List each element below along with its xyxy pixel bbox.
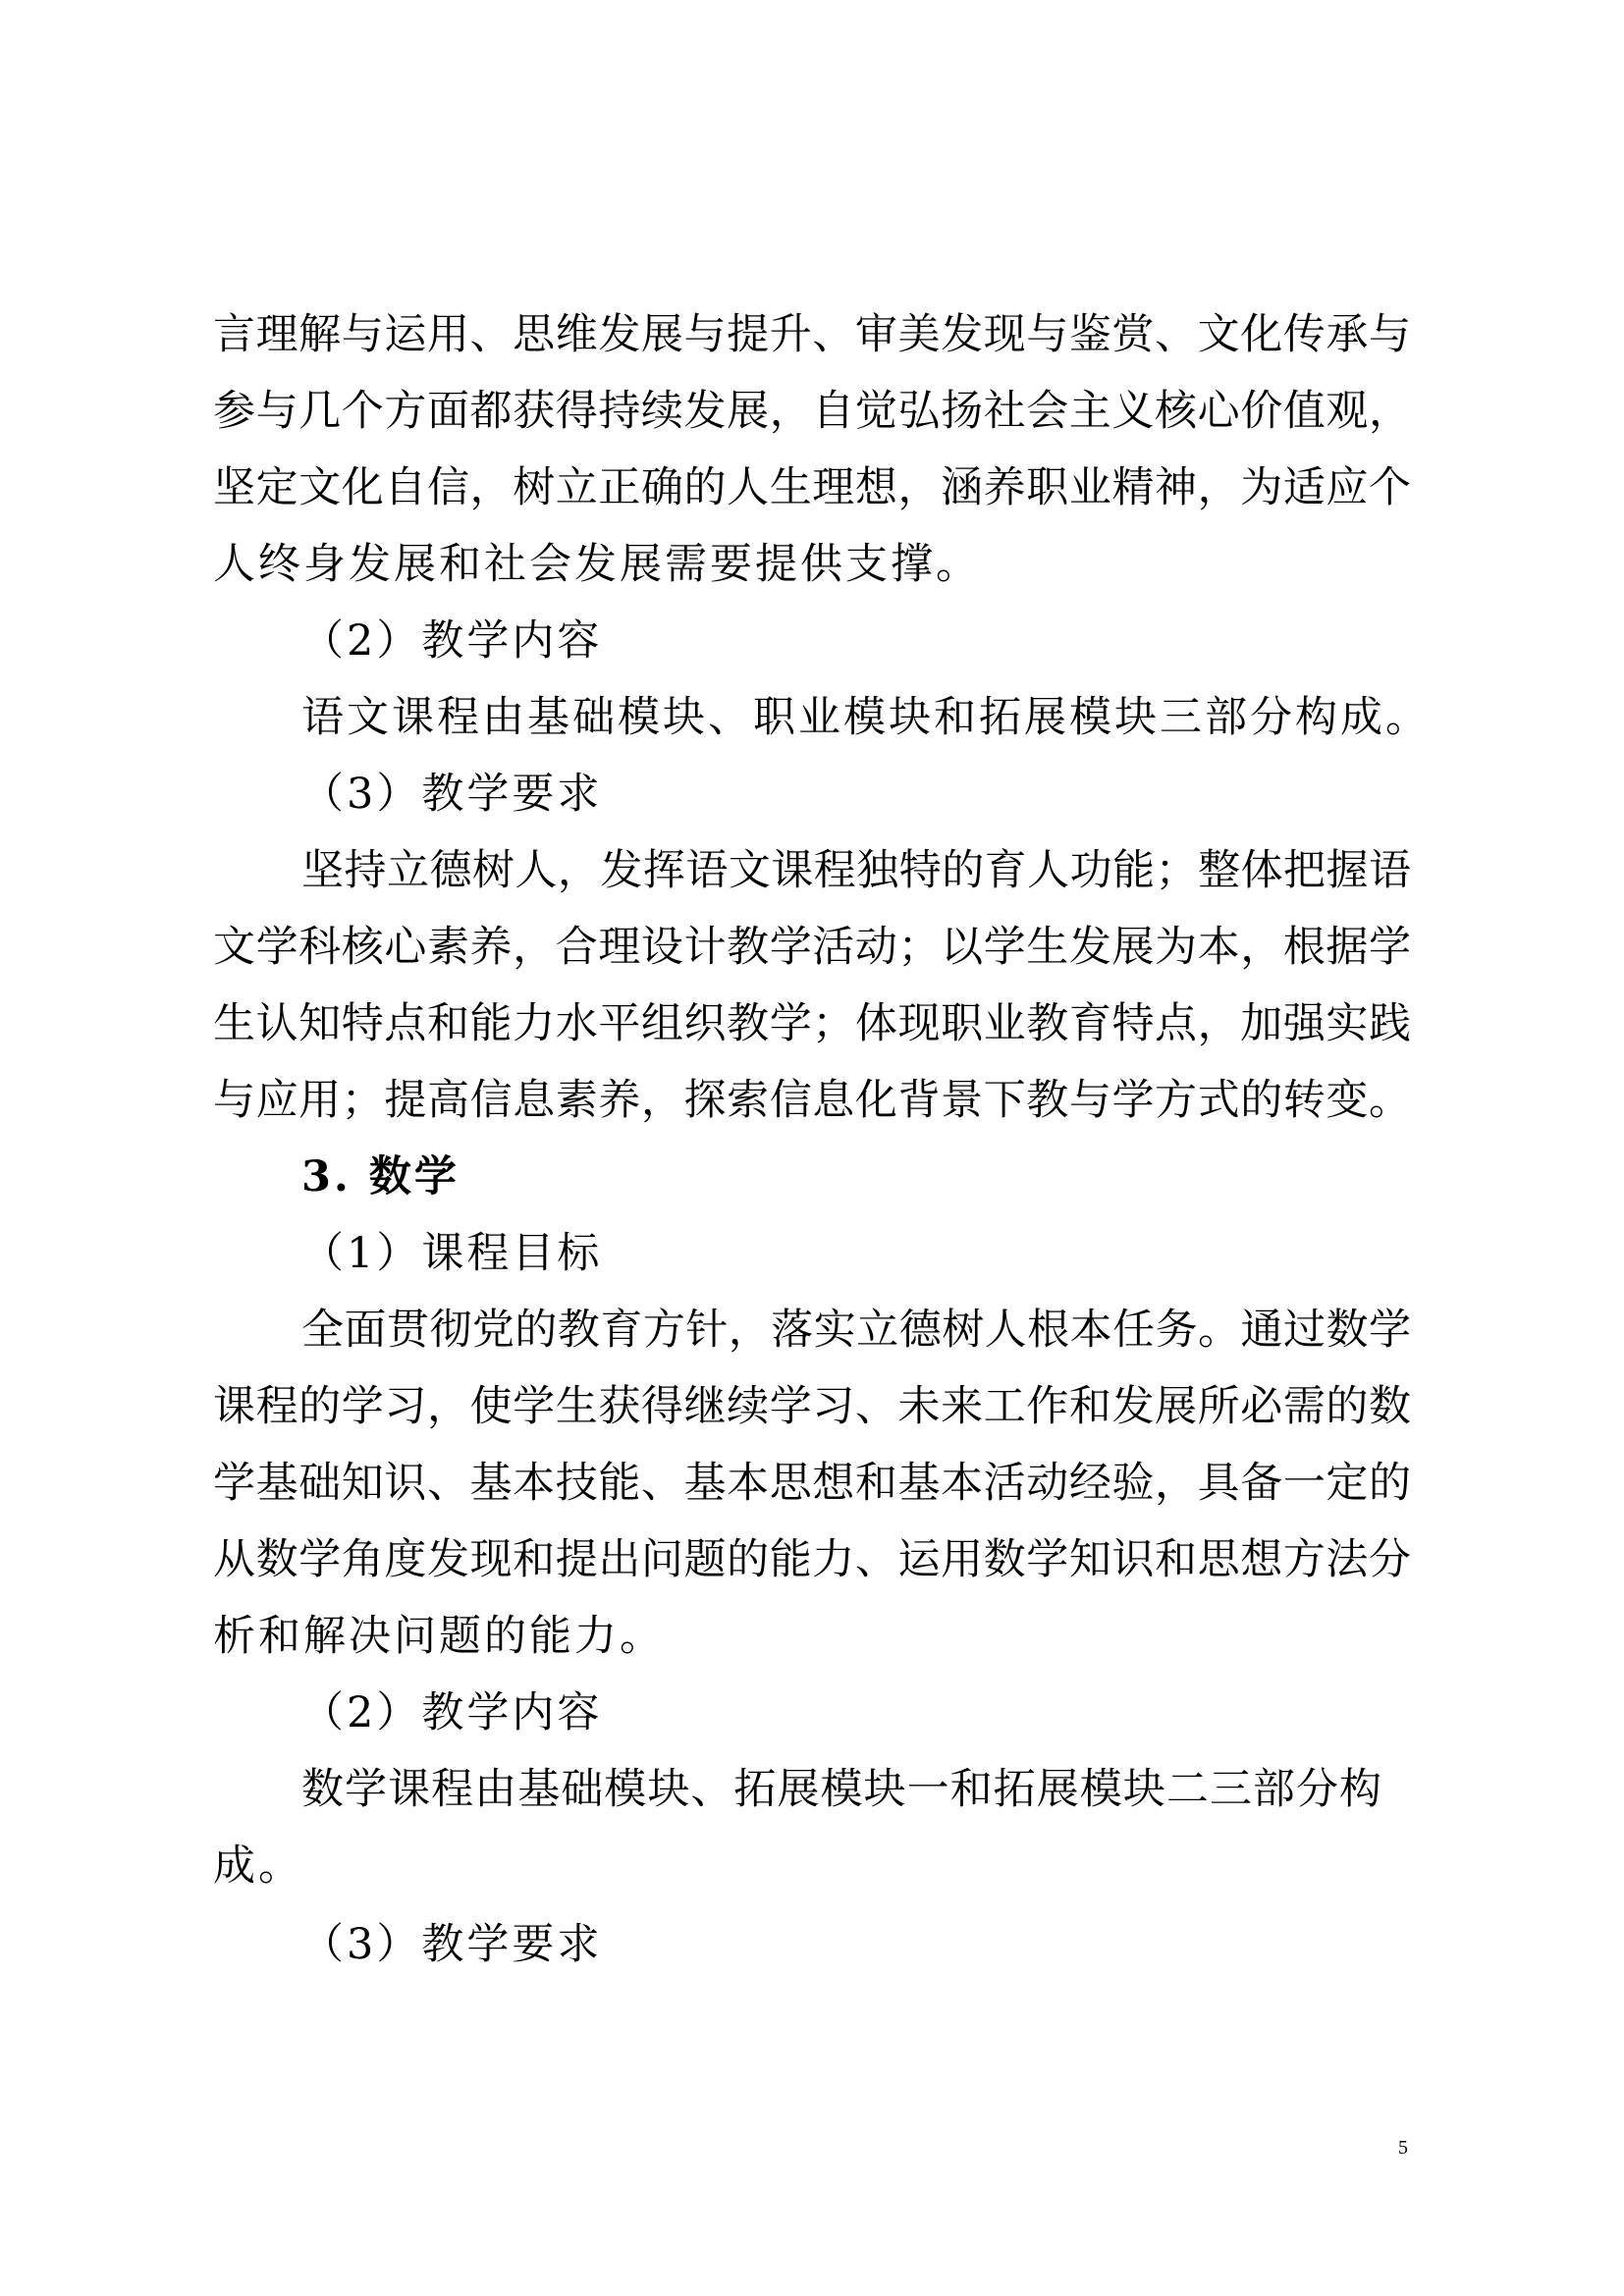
text-column: 言理解与运用、思维发展与提升、审美发现与鉴赏、文化传承与 参与几个方面都获得持续… bbox=[213, 296, 1411, 1983]
paragraph-line: 学基础知识、基本技能、基本思想和基本活动经验，具备一定的 bbox=[213, 1445, 1411, 1522]
paragraph-line: 坚定文化自信，树立正确的人生理想，涵养职业精神，为适应个 bbox=[213, 450, 1411, 526]
subheading-teaching-requirements: （3）教学要求 bbox=[213, 1906, 1411, 1983]
paragraph-line: 课程的学习，使学生获得继续学习、未来工作和发展所必需的数 bbox=[213, 1368, 1411, 1445]
paragraph-line: 从数学角度发现和提出问题的能力、运用数学知识和思想方法分 bbox=[213, 1522, 1411, 1598]
subheading-teaching-requirements: （3）教学要求 bbox=[213, 756, 1411, 832]
paragraph-line: 文学科核心素养，合理设计教学活动；以学生发展为本，根据学 bbox=[213, 909, 1411, 986]
paragraph-line: 参与几个方面都获得持续发展，自觉弘扬社会主义核心价值观， bbox=[213, 373, 1411, 450]
paragraph-line: 数学课程由基础模块、拓展模块一和拓展模块二三部分构 bbox=[213, 1751, 1381, 1828]
section-heading-math: 3. 数学 bbox=[213, 1139, 1411, 1215]
subheading-course-objectives: （1）课程目标 bbox=[213, 1215, 1411, 1292]
subheading-teaching-content: （2）教学内容 bbox=[213, 603, 1411, 679]
paragraph-line: 生认知特点和能力水平组织教学；体现职业教育特点，加强实践 bbox=[213, 986, 1411, 1062]
subheading-teaching-content: （2）教学内容 bbox=[213, 1675, 1411, 1751]
paragraph-line: 坚持立德树人，发挥语文课程独特的育人功能；整体把握语 bbox=[213, 832, 1411, 909]
paragraph-line: 析和解决问题的能力。 bbox=[213, 1598, 1411, 1675]
paragraph-line: 与应用；提高信息素养，探索信息化背景下教与学方式的转变。 bbox=[213, 1062, 1411, 1139]
paragraph-line: 语文课程由基础模块、职业模块和拓展模块三部分构成。 bbox=[213, 679, 1411, 756]
paragraph-line: 全面贯彻党的教育方针，落实立德树人根本任务。通过数学 bbox=[213, 1292, 1411, 1368]
document-page: 言理解与运用、思维发展与提升、审美发现与鉴赏、文化传承与 参与几个方面都获得持续… bbox=[0, 0, 1624, 2296]
page-number: 5 bbox=[1398, 2138, 1408, 2158]
paragraph-line: 成。 bbox=[213, 1828, 1411, 1904]
paragraph-line: 人终身发展和社会发展需要提供支撑。 bbox=[213, 526, 1411, 603]
paragraph-line: 言理解与运用、思维发展与提升、审美发现与鉴赏、文化传承与 bbox=[213, 296, 1411, 373]
